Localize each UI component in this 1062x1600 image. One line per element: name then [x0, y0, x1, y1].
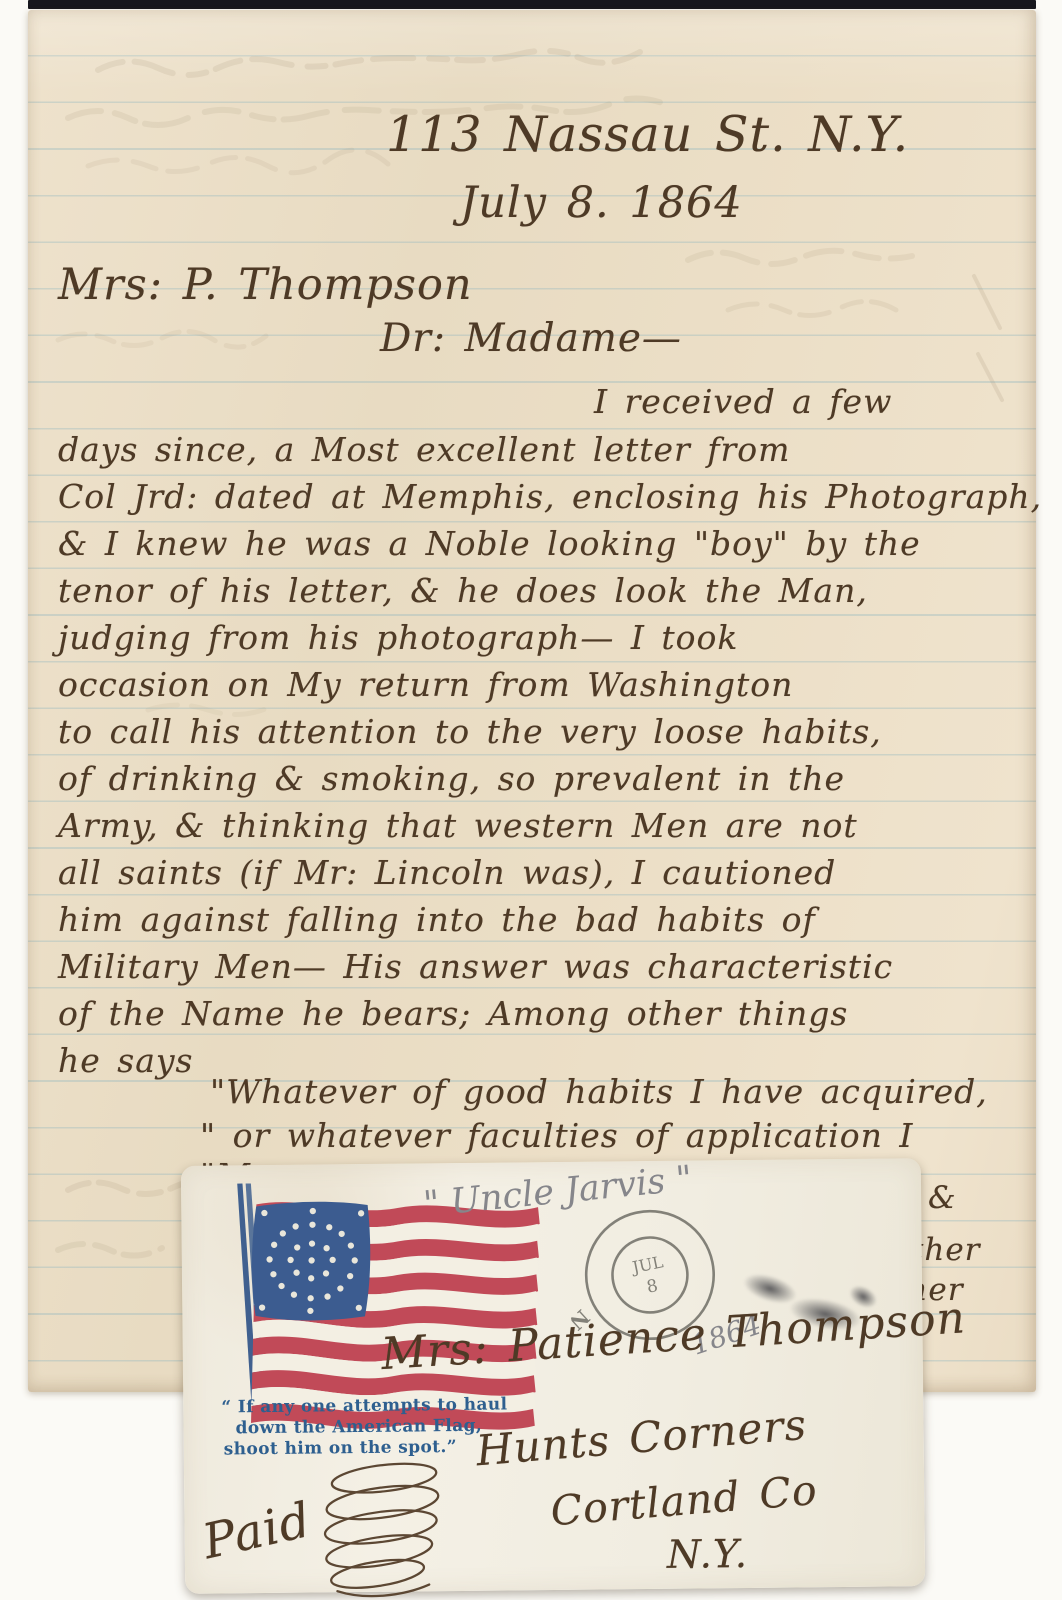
letter-body-line: & I knew he was a Noble looking "boy" by…: [58, 524, 921, 564]
letter-heading-address: 113 Nassau St. N.Y.: [386, 106, 909, 163]
envelope: “ If any one attempts to haul down the A…: [181, 1158, 925, 1594]
letter-body-line: to call his attention to the very loose …: [58, 712, 882, 752]
letter-body-line: of the Name he bears; Among other things: [58, 994, 848, 1034]
scanned-letter-page: { "scan": { "letter": { "heading_address…: [0, 0, 1062, 1600]
letter-body-line: " or whatever faculties of application I: [200, 1116, 913, 1156]
letter-body-line: I received a few: [594, 382, 892, 422]
letter-body-line: him against falling into the bad habits …: [58, 900, 816, 940]
letter-body-line: of drinking & smoking, so prevalent in t…: [58, 759, 845, 799]
address-line: Cortland Co: [549, 1466, 819, 1535]
letter-heading-date: July 8. 1864: [460, 178, 743, 228]
scan-edge-artifact: [28, 0, 1036, 9]
letter-body-line: days since, a Most excellent letter from: [58, 430, 790, 470]
letter-edge-fragment: &: [928, 1180, 957, 1216]
letter-body-line: tenor of his letter, & he does look the …: [58, 571, 868, 611]
letter-recipient-line: Mrs: P. Thompson: [58, 260, 473, 310]
postmark-day: 8: [645, 1276, 660, 1298]
letter-body-line: "Whatever of good habits I have acquired…: [210, 1072, 988, 1112]
postmark-month: JUL: [629, 1252, 665, 1277]
letter-body-line: all saints (if Mr: Lincoln was), I cauti…: [58, 853, 836, 893]
letter-body-line: occasion on My return from Washington: [58, 665, 793, 705]
flag-caption-line: down the American Flag,: [235, 1415, 507, 1439]
letter-salutation: Dr: Madame—: [380, 316, 682, 361]
flag-caption-line: “ If any one attempts to haul: [221, 1394, 507, 1418]
address-line: N.Y.: [667, 1532, 749, 1578]
paid-flourish-icon: [304, 1453, 466, 1600]
letter-body-line: judging from his photograph— I took: [58, 618, 738, 658]
letter-body-line: he says: [58, 1041, 193, 1081]
letter-body-line: Army, & thinking that western Men are no…: [58, 806, 858, 846]
flag-canton: [250, 1200, 371, 1322]
letter-body-line: Military Men— His answer was characteris…: [58, 947, 893, 987]
flag-caption: “ If any one attempts to haul down the A…: [221, 1394, 508, 1460]
paid-marking: Paid: [198, 1492, 316, 1570]
letter-body-line: Col Jrd: dated at Memphis, enclosing his…: [58, 477, 1042, 517]
